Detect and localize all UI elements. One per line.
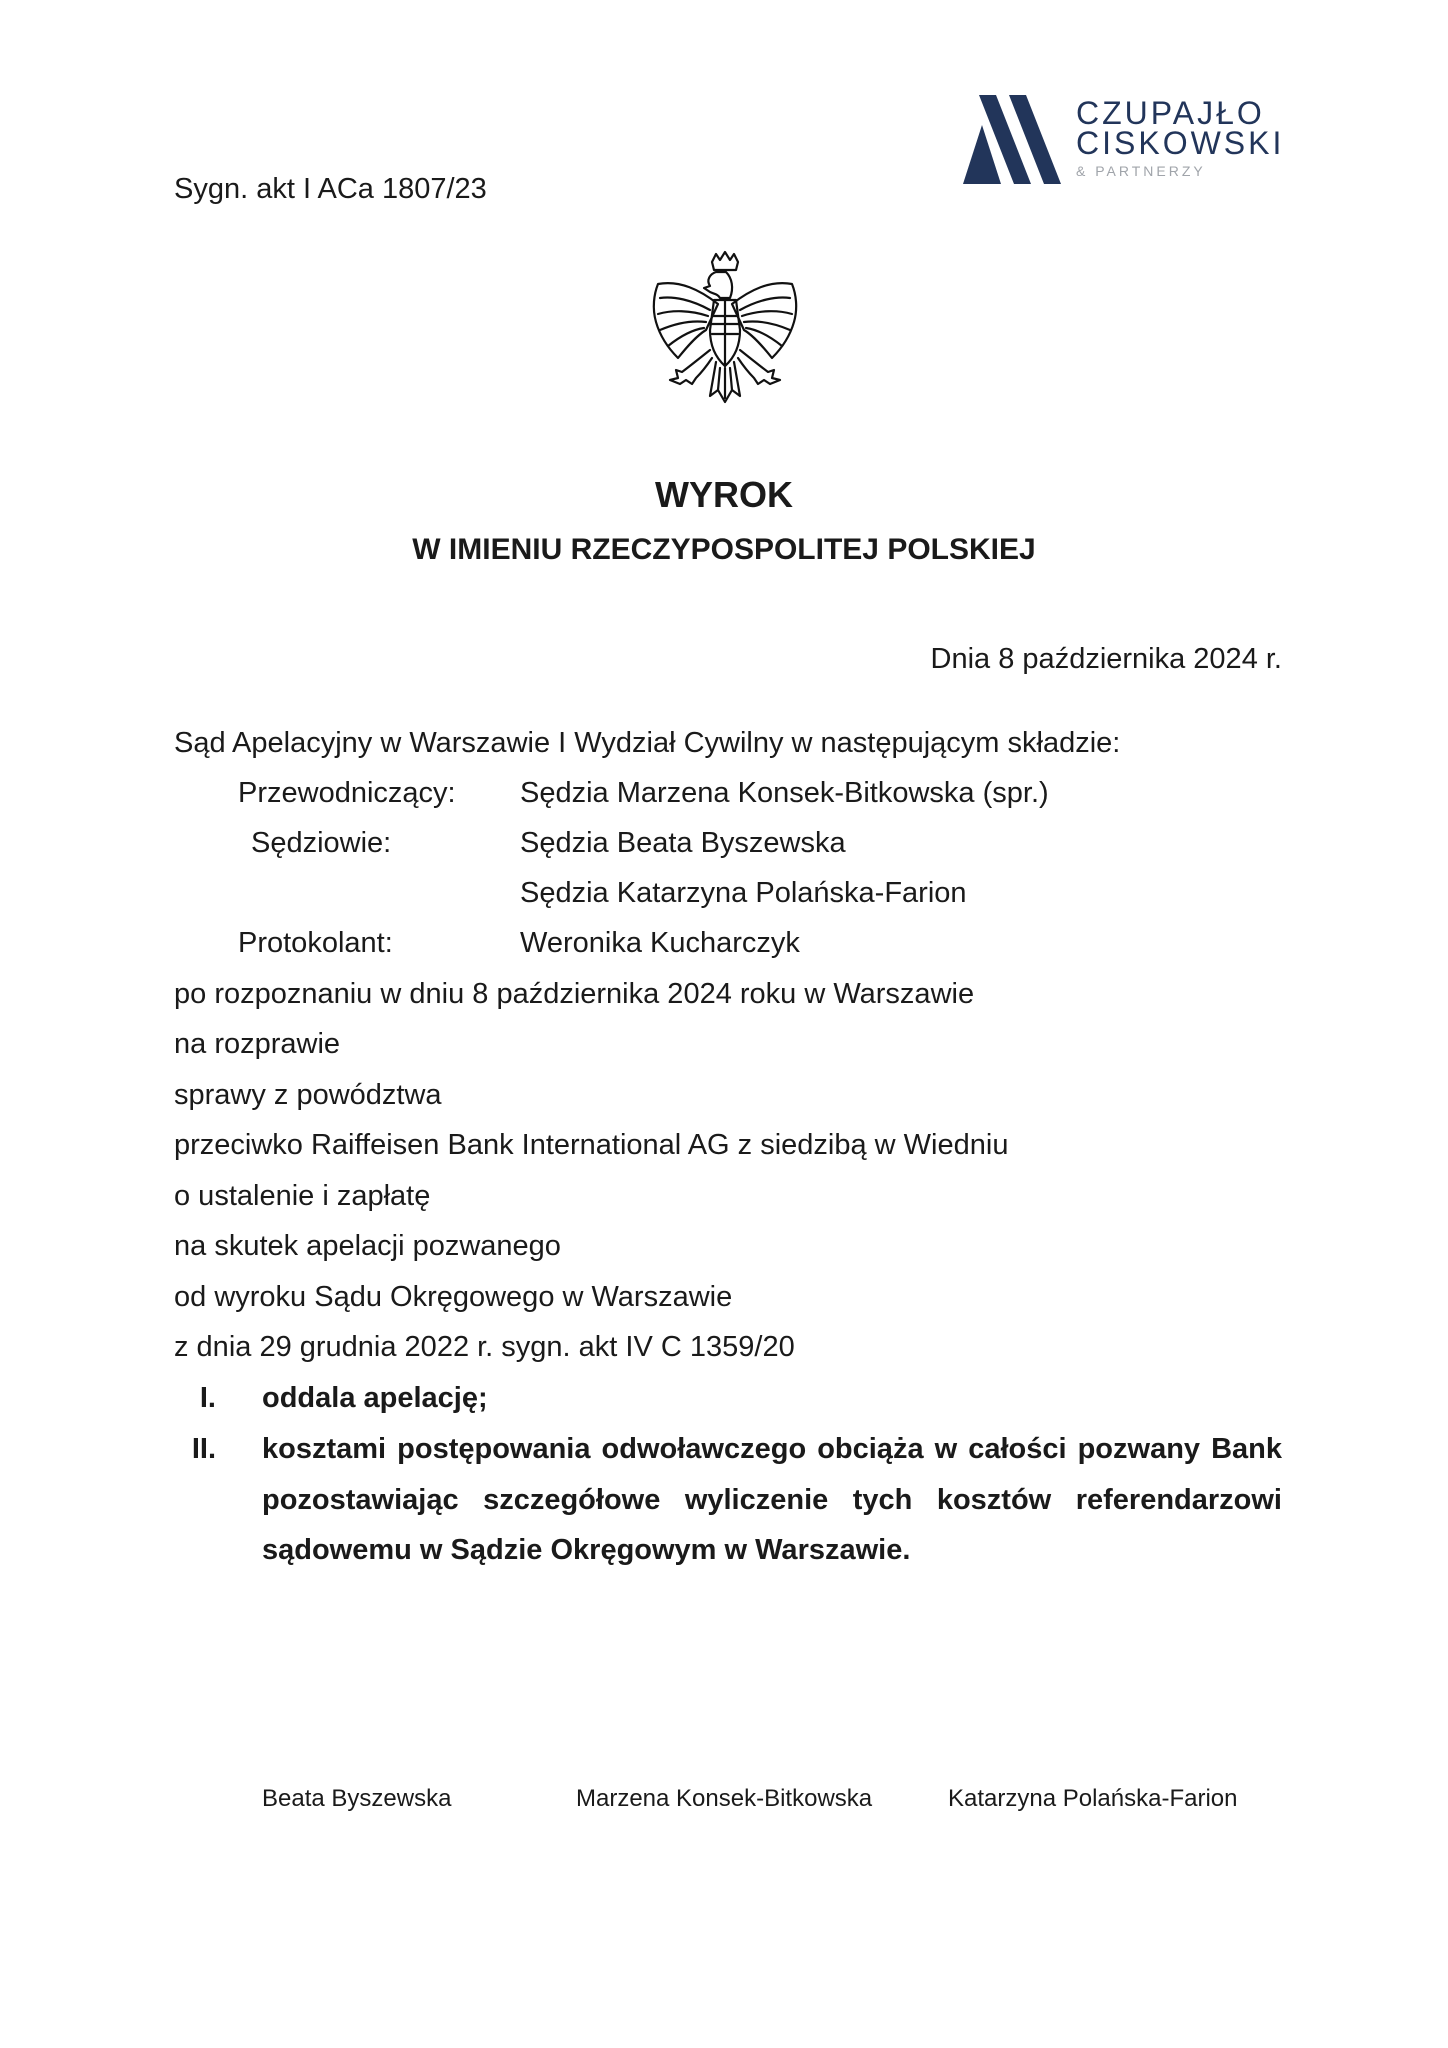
panel-role-judges: Sędziowie:	[251, 826, 391, 860]
body-line: przeciwko Raiffeisen Bank International …	[174, 1128, 1008, 1162]
panel-name-judge-1: Sędzia Beata Byszewska	[520, 826, 846, 860]
body-line: na rozprawie	[174, 1027, 340, 1061]
body-line: z dnia 29 grudnia 2022 r. sygn. akt IV C…	[174, 1330, 795, 1364]
logo-line-3: & PARTNERZY	[1076, 162, 1206, 180]
panel-role-clerk: Protokolant:	[238, 926, 393, 960]
body-line: po rozpoznaniu w dniu 8 października 202…	[174, 977, 974, 1011]
panel-role-chair: Przewodniczący:	[238, 776, 456, 810]
panel-name-clerk: Weronika Kucharczyk	[520, 926, 800, 960]
ruling-text: pozostawiając szczegółowe wyliczenie tyc…	[262, 1483, 1282, 1517]
document-subtitle: W IMIENIU RZECZYPOSPOLITEJ POLSKIEJ	[0, 533, 1448, 567]
case-number: Sygn. akt I ACa 1807/23	[174, 172, 487, 206]
ruling-text: sądowemu w Sądzie Okręgowym w Warszawie.	[262, 1533, 910, 1567]
judgment-date: Dnia 8 października 2024 r.	[931, 642, 1282, 676]
signature-judge-1: Beata Byszewska	[262, 1785, 451, 1813]
ruling-text: kosztami postępowania odwoławczego obcią…	[262, 1432, 1282, 1466]
polish-eagle-emblem-icon	[640, 250, 810, 420]
court-intro: Sąd Apelacyjny w Warszawie I Wydział Cyw…	[174, 726, 1120, 760]
signature-judge-2: Katarzyna Polańska-Farion	[948, 1785, 1237, 1813]
ruling-text: oddala apelację;	[262, 1381, 488, 1415]
body-line: sprawy z powództwa	[174, 1078, 442, 1112]
panel-name-judge-2: Sędzia Katarzyna Polańska-Farion	[520, 876, 967, 910]
panel-name-chair: Sędzia Marzena Konsek-Bitkowska (spr.)	[520, 776, 1049, 810]
body-line: o ustalenie i zapłatę	[174, 1179, 430, 1213]
signature-chair: Marzena Konsek-Bitkowska	[576, 1785, 872, 1813]
body-line: na skutek apelacji pozwanego	[174, 1229, 561, 1263]
document-title: WYROK	[0, 474, 1448, 516]
ruling-number: II.	[156, 1432, 216, 1466]
ruling-number: I.	[156, 1381, 216, 1415]
law-firm-logo-icon	[962, 95, 1074, 185]
body-line: od wyroku Sądu Okręgowego w Warszawie	[174, 1280, 732, 1314]
logo-line-2: CISKOWSKI	[1076, 126, 1284, 160]
